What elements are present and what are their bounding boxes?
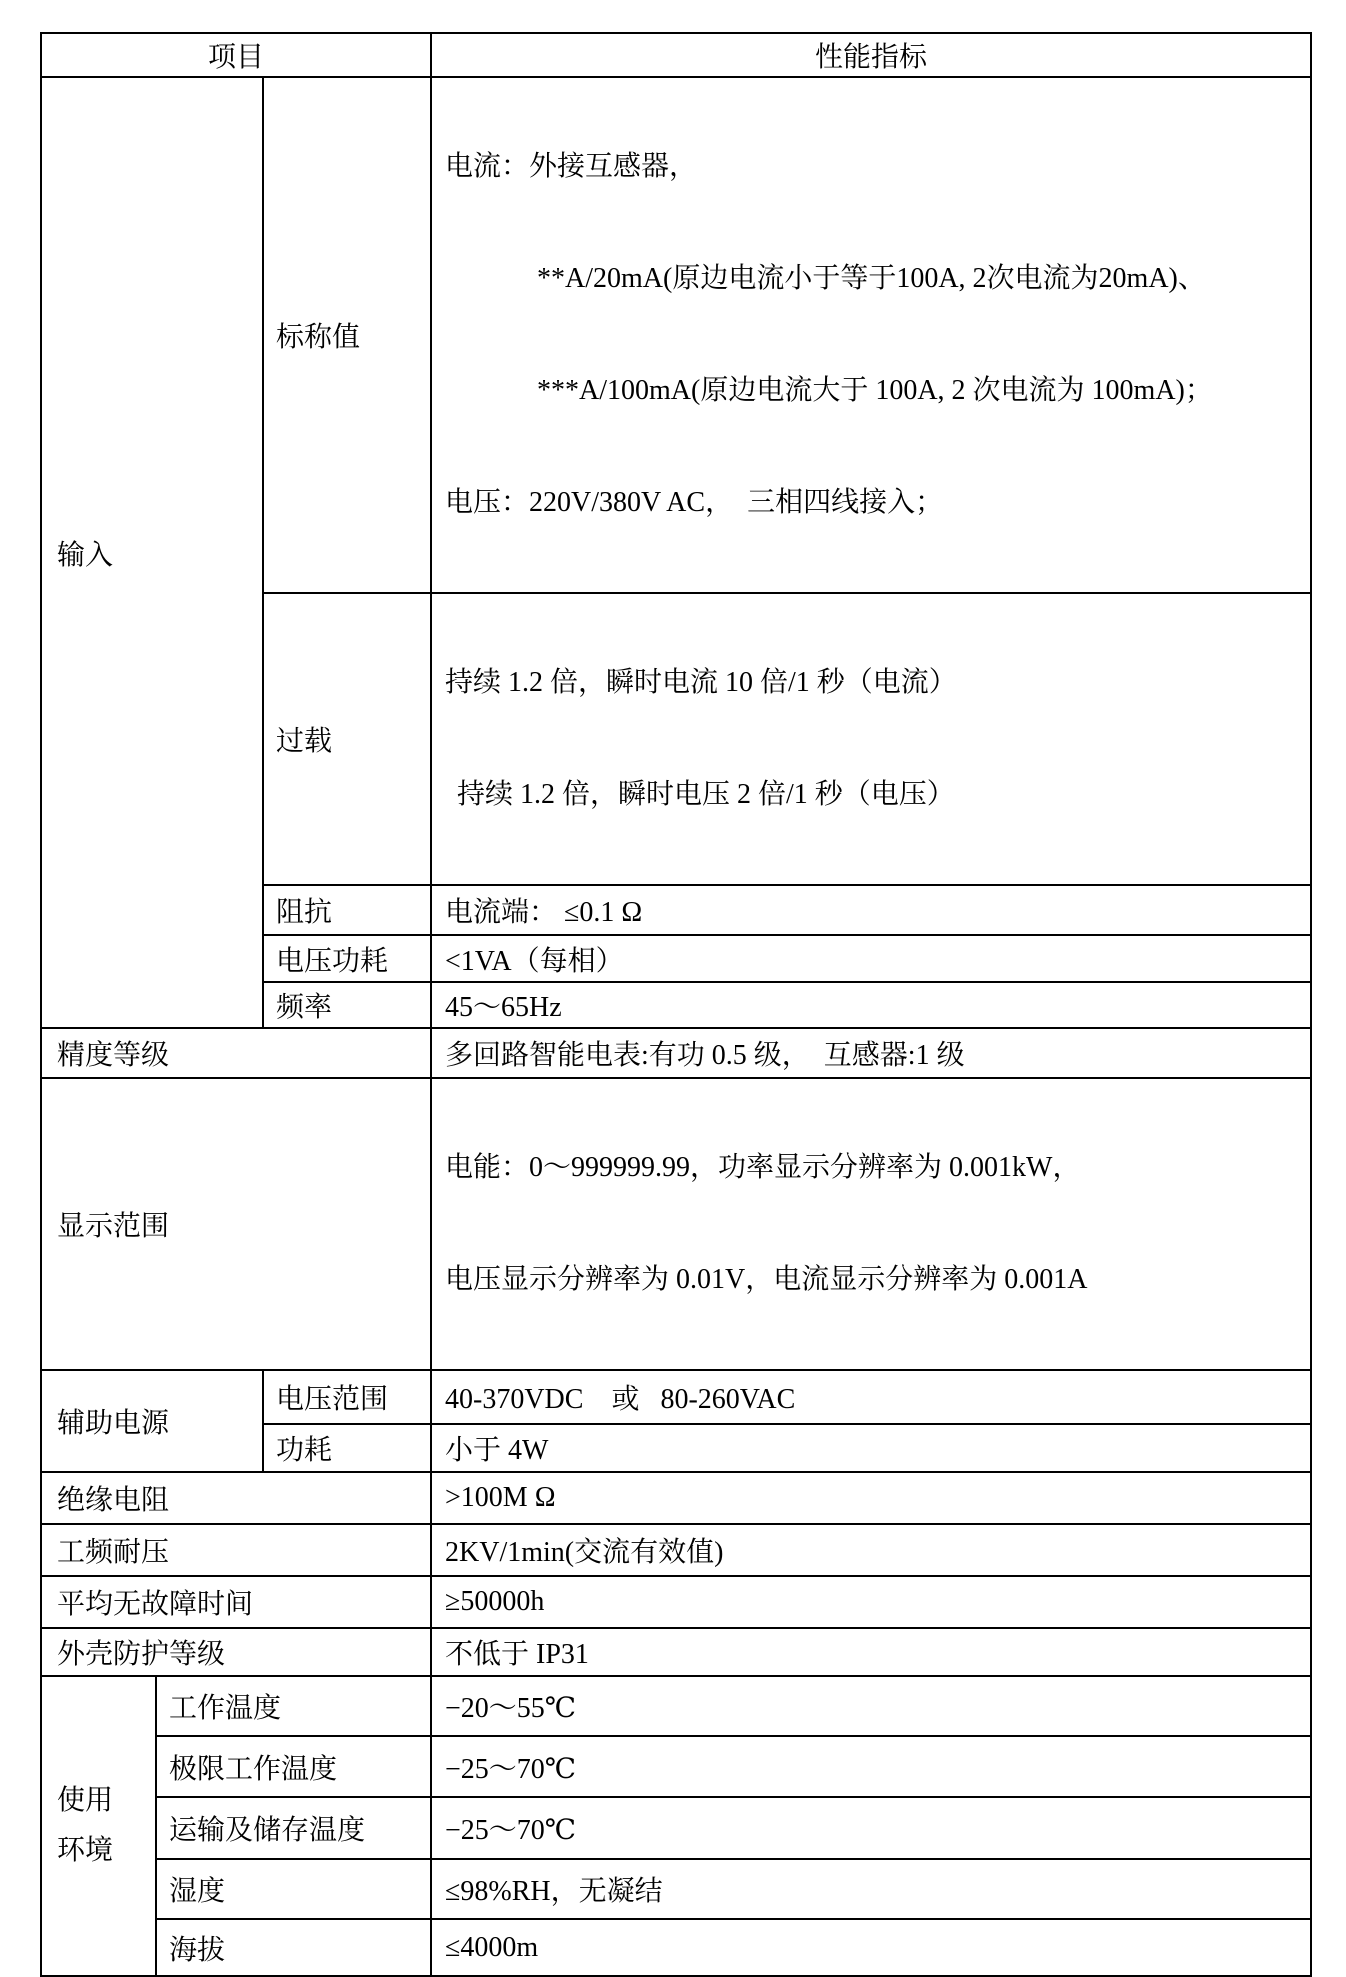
environment-label-line-2: 环境 (57, 1826, 154, 1876)
altitude-value: ≤4000m (431, 1919, 1311, 1976)
display-range-value: 电能：0～999999.99，功率显示分辨率为 0.001kW， 电压显示分辨率… (431, 1078, 1311, 1370)
insulation-label: 绝缘电阻 (41, 1472, 431, 1524)
voltage-range-value: 40-370VDC 或 80-260VAC (431, 1370, 1311, 1424)
spec-table: 项目 性能指标 输入 标称值 电流：外接互感器， **A/20mA(原边电流小于… (40, 32, 1312, 1977)
voltage-consumption-label: 电压功耗 (263, 935, 431, 982)
nominal-value: 电流：外接互感器， **A/20mA(原边电流小于等于100A, 2次电流为20… (431, 77, 1311, 593)
working-temp-value: −20～55℃ (431, 1676, 1311, 1736)
header-cell-item: 项目 (41, 33, 431, 77)
aux-power-consumption-label: 功耗 (263, 1424, 431, 1472)
voltage-range-label: 电压范围 (263, 1370, 431, 1424)
enclosure-rating-value: 不低于 IP31 (431, 1628, 1311, 1676)
environment-label-line-1: 使用 (57, 1776, 154, 1826)
display-range-line-2: 电压显示分辨率为 0.01V，电流显示分辨率为 0.001A (445, 1256, 1309, 1304)
nominal-line-2: **A/20mA(原边电流小于等于100A, 2次电流为20mA)、 (445, 255, 1309, 303)
row-humidity: 湿度 ≤98%RH，无凝结 (41, 1859, 1311, 1919)
frequency-label: 频率 (263, 982, 431, 1028)
nominal-line-4: 电压：220V/380V AC， 三相四线接入； (445, 479, 1309, 527)
row-mtbf: 平均无故障时间 ≥50000h (41, 1576, 1311, 1628)
mtbf-label: 平均无故障时间 (41, 1576, 431, 1628)
row-extreme-working-temp: 极限工作温度 −25～70℃ (41, 1736, 1311, 1797)
row-voltage-range: 辅助电源 电压范围 40-370VDC 或 80-260VAC (41, 1370, 1311, 1424)
row-withstand-voltage: 工频耐压 2KV/1min(交流有效值) (41, 1524, 1311, 1576)
humidity-label: 湿度 (156, 1859, 431, 1919)
display-range-line-1: 电能：0～999999.99，功率显示分辨率为 0.001kW， (445, 1144, 1309, 1192)
extreme-working-temp-label: 极限工作温度 (156, 1736, 431, 1797)
transport-storage-temp-value: −25～70℃ (431, 1797, 1311, 1859)
header-cell-spec: 性能指标 (431, 33, 1311, 77)
overload-label: 过载 (263, 593, 431, 885)
row-enclosure-rating: 外壳防护等级 不低于 IP31 (41, 1628, 1311, 1676)
withstand-voltage-value: 2KV/1min(交流有效值) (431, 1524, 1311, 1576)
extreme-working-temp-value: −25～70℃ (431, 1736, 1311, 1797)
frequency-value: 45～65Hz (431, 982, 1311, 1028)
nominal-label: 标称值 (263, 77, 431, 593)
impedance-value: 电流端： ≤0.1 Ω (431, 885, 1311, 935)
header-row: 项目 性能指标 (41, 33, 1311, 77)
withstand-voltage-label: 工频耐压 (41, 1524, 431, 1576)
overload-line-2: 持续 1.2 倍，瞬时电压 2 倍/1 秒（电压） (445, 771, 1309, 819)
insulation-value: >100M Ω (431, 1472, 1311, 1524)
row-working-temp: 使用 环境 工作温度 −20～55℃ (41, 1676, 1311, 1736)
humidity-value: ≤98%RH，无凝结 (431, 1859, 1311, 1919)
aux-power-consumption-value: 小于 4W (431, 1424, 1311, 1472)
nominal-line-3: ***A/100mA(原边电流大于 100A, 2 次电流为 100mA)； (445, 367, 1309, 415)
input-section-label: 输入 (41, 77, 263, 1028)
accuracy-label: 精度等级 (41, 1028, 431, 1078)
row-transport-storage-temp: 运输及储存温度 −25～70℃ (41, 1797, 1311, 1859)
accuracy-value: 多回路智能电表:有功 0.5 级， 互感器:1 级 (431, 1028, 1311, 1078)
altitude-label: 海拔 (156, 1919, 431, 1976)
document-page: 项目 性能指标 输入 标称值 电流：外接互感器， **A/20mA(原边电流小于… (0, 0, 1346, 1286)
working-temp-label: 工作温度 (156, 1676, 431, 1736)
transport-storage-temp-label: 运输及储存温度 (156, 1797, 431, 1859)
overload-value: 持续 1.2 倍，瞬时电流 10 倍/1 秒（电流） 持续 1.2 倍，瞬时电压… (431, 593, 1311, 885)
voltage-consumption-value: <1VA（每相） (431, 935, 1311, 982)
environment-section-label: 使用 环境 (41, 1676, 156, 1976)
row-accuracy: 精度等级 多回路智能电表:有功 0.5 级， 互感器:1 级 (41, 1028, 1311, 1078)
impedance-label: 阻抗 (263, 885, 431, 935)
nominal-line-1: 电流：外接互感器， (445, 143, 1309, 191)
enclosure-rating-label: 外壳防护等级 (41, 1628, 431, 1676)
row-nominal: 输入 标称值 电流：外接互感器， **A/20mA(原边电流小于等于100A, … (41, 77, 1311, 593)
display-range-label: 显示范围 (41, 1078, 431, 1370)
row-display-range: 显示范围 电能：0～999999.99，功率显示分辨率为 0.001kW， 电压… (41, 1078, 1311, 1370)
row-altitude: 海拔 ≤4000m (41, 1919, 1311, 1976)
row-insulation: 绝缘电阻 >100M Ω (41, 1472, 1311, 1524)
aux-power-section-label: 辅助电源 (41, 1370, 263, 1472)
mtbf-value: ≥50000h (431, 1576, 1311, 1628)
overload-line-1: 持续 1.2 倍，瞬时电流 10 倍/1 秒（电流） (445, 659, 1309, 707)
